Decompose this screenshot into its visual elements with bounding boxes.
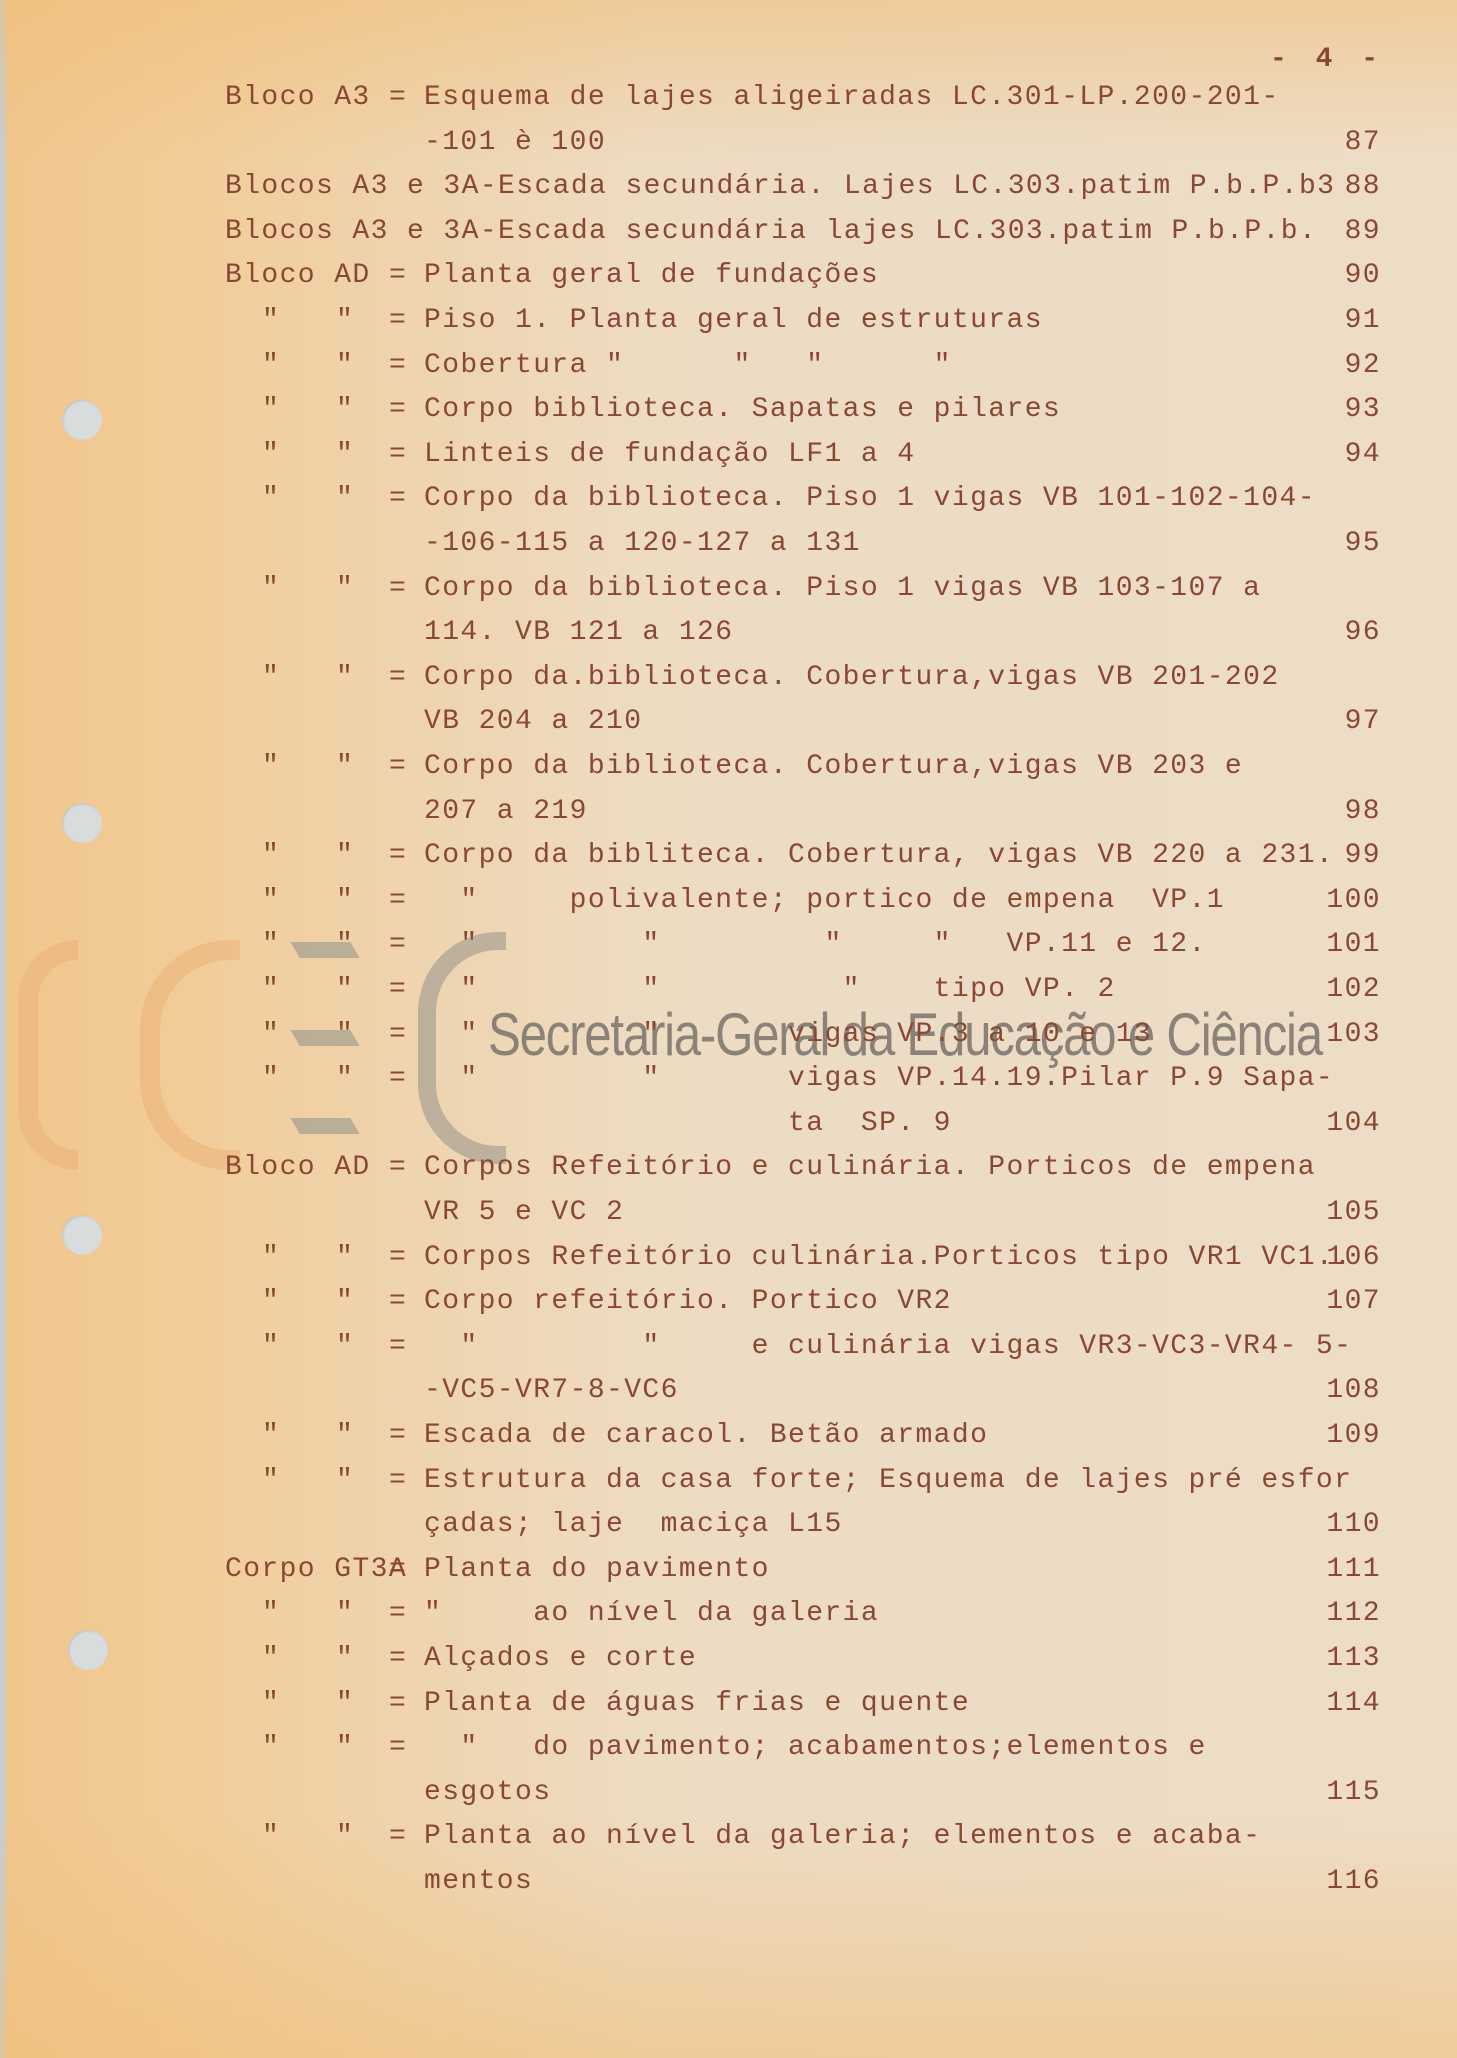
index-entry: ""= " polivalente; portico de empena VP.… — [0, 881, 1457, 921]
ditto-mark: " — [262, 1639, 280, 1679]
entry-description: çadas; laje maciça L15 — [424, 1505, 843, 1545]
index-entry: ""=Piso 1. Planta geral de estruturas91 — [0, 301, 1457, 341]
entry-description: " do pavimento; acabamentos;elementos e — [424, 1728, 1207, 1768]
ditto-mark: " — [336, 1684, 354, 1724]
ditto-mark: " — [336, 970, 354, 1010]
ditto-mark: " — [262, 301, 280, 341]
dot-leader — [1000, 1416, 1315, 1456]
entry-description: Planta de águas frias e quente — [424, 1684, 970, 1724]
dot-leader — [745, 613, 1315, 653]
equals-sign: = — [389, 1282, 407, 1322]
ditto-mark: " — [336, 1461, 354, 1501]
equals-sign: = — [389, 1327, 407, 1367]
index-entry-continuation: esgotos115 — [0, 1773, 1457, 1813]
index-entry-continuation: VR 5 e VC 2105 — [0, 1193, 1457, 1233]
equals-sign: = — [389, 435, 407, 475]
page-reference: 103 — [1326, 1015, 1381, 1055]
entry-description: " " " " VP.11 e 12. — [424, 925, 1207, 965]
index-entry: ""=Estrutura da casa forte; Esquema de l… — [0, 1461, 1457, 1501]
entry-description: Corpo da.biblioteca. Cobertura,vigas VB … — [424, 658, 1280, 698]
entry-description: 114. VB 121 a 126 — [424, 613, 733, 653]
page-reference: 99 — [1345, 836, 1381, 876]
index-entry: ""=Corpo da biblioteca. Piso 1 vigas VB … — [0, 479, 1457, 519]
index-entry-continuation: ta SP. 9104 — [0, 1104, 1457, 1144]
dot-leader — [1219, 925, 1315, 965]
dot-leader — [891, 256, 1315, 296]
index-entry: ""=Cobertura " " " "92 — [0, 346, 1457, 386]
page-reference: 100 — [1326, 881, 1381, 921]
ditto-mark: " — [336, 1728, 354, 1768]
index-entry: Blocos A3 e 3A-Escada secundária lajes L… — [0, 212, 1457, 252]
page-reference: 101 — [1326, 925, 1381, 965]
entry-description: " polivalente; portico de empena VP.1 — [424, 881, 1225, 921]
entry-description: Corpo refeitório. Portico VR2 — [424, 1282, 952, 1322]
entry-description: Piso 1. Planta geral de estruturas — [424, 301, 1043, 341]
index-entry-continuation: -106-115 a 120-127 a 13195 — [0, 524, 1457, 564]
index-entry-continuation: mentos116 — [0, 1862, 1457, 1902]
index-entry: ""=Corpo refeitório. Portico VR2107 — [0, 1282, 1457, 1322]
page-reference: 104 — [1326, 1104, 1381, 1144]
entry-description: Corpo da biblioteca. Piso 1 vigas VB 103… — [424, 569, 1261, 609]
page-reference: 116 — [1326, 1862, 1381, 1902]
dot-leader — [1128, 970, 1315, 1010]
ditto-mark: " — [336, 1059, 354, 1099]
ditto-mark: " — [262, 435, 280, 475]
entry-description: Esquema de lajes aligeiradas LC.301-LP.2… — [424, 78, 1280, 118]
dot-leader — [855, 1505, 1315, 1545]
entry-description: " ao nível da galeria — [424, 1594, 879, 1634]
equals-sign: = — [389, 1639, 407, 1679]
page-reference: 114 — [1326, 1684, 1381, 1724]
index-entry: ""=Corpo da biblioteca. Cobertura,vigas … — [0, 747, 1457, 787]
entry-block-label: Bloco A3 — [225, 78, 371, 118]
page-reference: 91 — [1345, 301, 1381, 341]
equals-sign: = — [389, 1148, 407, 1188]
entry-description: Corpos Refeitório culinária.Porticos tip… — [424, 1238, 1352, 1278]
entry-description: ta SP. 9 — [424, 1104, 952, 1144]
entry-description: esgotos — [424, 1773, 551, 1813]
entry-description: Corpo da bibliteca. Cobertura, vigas VB … — [424, 836, 1334, 876]
entry-description: Cobertura " " " " — [424, 346, 952, 386]
entry-block-label: Bloco AD — [225, 256, 371, 296]
entry-description: Alçados e corte — [424, 1639, 697, 1679]
ditto-mark: " — [262, 1059, 280, 1099]
dot-leader — [654, 702, 1315, 742]
page-reference: 113 — [1326, 1639, 1381, 1679]
page-reference: 109 — [1326, 1416, 1381, 1456]
equals-sign: = — [389, 836, 407, 876]
dot-leader — [1055, 301, 1315, 341]
index-entry: ""=Linteis de fundação LF1 a 494 — [0, 435, 1457, 475]
index-entry: Bloco AD=Corpos Refeitório e culinária. … — [0, 1148, 1457, 1188]
index-entry: Bloco A3=Esquema de lajes aligeiradas LC… — [0, 78, 1457, 118]
equals-sign: = — [389, 1015, 407, 1055]
dot-leader — [982, 1684, 1315, 1724]
ditto-mark: " — [262, 1728, 280, 1768]
index-entry: ""=Escada de caracol. Betão armado109 — [0, 1416, 1457, 1456]
entry-heading: Blocos A3 e 3A-Escada secundária. Lajes … — [225, 167, 1335, 207]
entry-description: -VC5-VR7-8-VC6 — [424, 1371, 679, 1411]
ditto-mark: " — [336, 569, 354, 609]
entry-heading: Blocos A3 e 3A-Escada secundária lajes L… — [225, 212, 1317, 252]
index-entry-continuation: 114. VB 121 a 12696 — [0, 613, 1457, 653]
page-reference: 88 — [1345, 167, 1381, 207]
dot-leader — [964, 346, 1315, 386]
entry-description: VB 204 a 210 — [424, 702, 642, 742]
ditto-mark: " — [262, 658, 280, 698]
ditto-mark: " — [336, 747, 354, 787]
ditto-mark: " — [336, 301, 354, 341]
equals-sign: = — [389, 346, 407, 386]
ditto-mark: " — [262, 1817, 280, 1857]
ditto-mark: " — [336, 881, 354, 921]
entry-description: Corpos Refeitório e culinária. Porticos … — [424, 1148, 1316, 1188]
index-entry-continuation: -101 è 10087 — [0, 123, 1457, 163]
entry-block-label: Bloco AD — [225, 1148, 371, 1188]
ditto-mark: " — [262, 346, 280, 386]
ditto-mark: " — [262, 1684, 280, 1724]
index-entry: Bloco AD=Planta geral de fundações90 — [0, 256, 1457, 296]
index-entry: ""= " do pavimento; acabamentos;elemento… — [0, 1728, 1457, 1768]
index-entry: ""= " " " tipo VP. 2102 — [0, 970, 1457, 1010]
equals-sign: = — [389, 1461, 407, 1501]
dot-leader — [618, 123, 1315, 163]
equals-sign: = — [389, 1594, 407, 1634]
equals-sign: = — [389, 569, 407, 609]
ditto-mark: " — [336, 435, 354, 475]
dot-leader — [964, 1282, 1315, 1322]
page-reference: 107 — [1326, 1282, 1381, 1322]
ditto-mark: " — [262, 1594, 280, 1634]
page-reference: 112 — [1326, 1594, 1381, 1634]
ditto-mark: " — [336, 1327, 354, 1367]
entry-description: " " " tipo VP. 2 — [424, 970, 1116, 1010]
ditto-mark: " — [262, 925, 280, 965]
page-reference: 98 — [1345, 792, 1381, 832]
dot-leader — [891, 1594, 1315, 1634]
ditto-mark: " — [262, 881, 280, 921]
dot-leader — [964, 1104, 1315, 1144]
index-entry: ""=Alçados e corte113 — [0, 1639, 1457, 1679]
document-page: - 4 - Bloco A3=Esquema de lajes aligeira… — [0, 0, 1457, 2058]
ditto-mark: " — [262, 479, 280, 519]
equals-sign: = — [389, 390, 407, 430]
ditto-mark: " — [336, 1639, 354, 1679]
page-reference: 96 — [1345, 613, 1381, 653]
ditto-mark: " — [336, 1817, 354, 1857]
page-reference: 108 — [1326, 1371, 1381, 1411]
index-entry: ""=Corpos Refeitório culinária.Porticos … — [0, 1238, 1457, 1278]
ditto-mark: " — [262, 1015, 280, 1055]
page-number: - 4 - — [1270, 44, 1384, 75]
dot-leader — [563, 1773, 1315, 1813]
page-reference: 87 — [1345, 123, 1381, 163]
equals-sign: = — [389, 1416, 407, 1456]
index-entry: ""=" ao nível da galeria112 — [0, 1594, 1457, 1634]
dot-leader — [1164, 1015, 1315, 1055]
dot-leader — [873, 524, 1315, 564]
ditto-mark: " — [262, 1238, 280, 1278]
entry-description: " " e culinária vigas VR3-VC3-VR4- 5- — [424, 1327, 1352, 1367]
equals-sign: = — [389, 925, 407, 965]
page-reference: 94 — [1345, 435, 1381, 475]
entry-description: " " vigas VP.3 a 10 e 13 — [424, 1015, 1152, 1055]
page-reference: 115 — [1326, 1773, 1381, 1813]
entry-description: Planta geral de fundações — [424, 256, 879, 296]
dot-leader — [1073, 390, 1315, 430]
ditto-mark: " — [262, 1282, 280, 1322]
entry-description: VR 5 e VC 2 — [424, 1193, 624, 1233]
page-reference: 90 — [1345, 256, 1381, 296]
index-entry: Blocos A3 e 3A-Escada secundária. Lajes … — [0, 167, 1457, 207]
entry-description: Planta do pavimento — [424, 1550, 770, 1590]
index-entry-continuation: 207 a 21998 — [0, 792, 1457, 832]
entry-description: Corpo da biblioteca. Cobertura,vigas VB … — [424, 747, 1243, 787]
ditto-mark: " — [262, 1461, 280, 1501]
ditto-mark: " — [336, 1594, 354, 1634]
index-entry: ""=Planta ao nível da galeria; elementos… — [0, 1817, 1457, 1857]
ditto-mark: " — [262, 1416, 280, 1456]
index-entry: ""=Corpo da biblioteca. Piso 1 vigas VB … — [0, 569, 1457, 609]
entry-description: Planta ao nível da galeria; elementos e … — [424, 1817, 1261, 1857]
dot-leader — [545, 1862, 1315, 1902]
index-entry: Corpo GT3A=Planta do pavimento111 — [0, 1550, 1457, 1590]
entry-description: Escada de caracol. Betão armado — [424, 1416, 988, 1456]
dot-leader — [927, 435, 1315, 475]
entry-block-label: Corpo GT3A — [225, 1550, 407, 1590]
entry-description: -101 è 100 — [424, 123, 606, 163]
equals-sign: = — [389, 1684, 407, 1724]
ditto-mark: " — [336, 1015, 354, 1055]
page-reference: 97 — [1345, 702, 1381, 742]
equals-sign: = — [389, 1238, 407, 1278]
ditto-mark: " — [336, 1238, 354, 1278]
page-reference: 89 — [1345, 212, 1381, 252]
ditto-mark: " — [262, 569, 280, 609]
page-reference: 92 — [1345, 346, 1381, 386]
index-entry: ""=Corpo da.biblioteca. Cobertura,vigas … — [0, 658, 1457, 698]
entry-description: -106-115 a 120-127 a 131 — [424, 524, 861, 564]
ditto-mark: " — [336, 1282, 354, 1322]
equals-sign: = — [389, 301, 407, 341]
dot-leader — [709, 1639, 1315, 1679]
dot-leader — [691, 1371, 1315, 1411]
ditto-mark: " — [336, 390, 354, 430]
page-reference: 93 — [1345, 390, 1381, 430]
page-reference: 106 — [1326, 1238, 1381, 1278]
equals-sign: = — [389, 1817, 407, 1857]
entry-description: " " vigas VP.14.19.Pilar P.9 Sapa- — [424, 1059, 1334, 1099]
equals-sign: = — [389, 970, 407, 1010]
entry-description: Corpo da biblioteca. Piso 1 vigas VB 101… — [424, 479, 1316, 519]
entry-description: mentos — [424, 1862, 533, 1902]
ditto-mark: " — [336, 479, 354, 519]
dot-leader — [1237, 881, 1315, 921]
index-entry: ""= " " vigas VP.14.19.Pilar P.9 Sapa- — [0, 1059, 1457, 1099]
equals-sign: = — [389, 256, 407, 296]
ditto-mark: " — [336, 1416, 354, 1456]
equals-sign: = — [389, 658, 407, 698]
entry-description: Estrutura da casa forte; Esquema de laje… — [424, 1461, 1352, 1501]
index-entry: ""= " " vigas VP.3 a 10 e 13103 — [0, 1015, 1457, 1055]
entry-description: Corpo biblioteca. Sapatas e pilares — [424, 390, 1061, 430]
page-reference: 95 — [1345, 524, 1381, 564]
ditto-mark: " — [336, 658, 354, 698]
equals-sign: = — [389, 881, 407, 921]
ditto-mark: " — [262, 390, 280, 430]
ditto-mark: " — [262, 970, 280, 1010]
index-entry: ""=Corpo da bibliteca. Cobertura, vigas … — [0, 836, 1457, 876]
equals-sign: = — [389, 747, 407, 787]
equals-sign: = — [389, 78, 407, 118]
index-entry-continuation: -VC5-VR7-8-VC6108 — [0, 1371, 1457, 1411]
equals-sign: = — [389, 1059, 407, 1099]
index-entry: ""= " " e culinária vigas VR3-VC3-VR4- 5… — [0, 1327, 1457, 1367]
page-reference: 102 — [1326, 970, 1381, 1010]
ditto-mark: " — [262, 747, 280, 787]
entry-description: 207 a 219 — [424, 792, 588, 832]
index-entry-continuation: VB 204 a 21097 — [0, 702, 1457, 742]
ditto-mark: " — [336, 836, 354, 876]
equals-sign: = — [389, 1728, 407, 1768]
ditto-mark: " — [262, 1327, 280, 1367]
dot-leader — [600, 792, 1315, 832]
page-reference: 111 — [1326, 1550, 1381, 1590]
index-entry: ""=Corpo biblioteca. Sapatas e pilares93 — [0, 390, 1457, 430]
entry-description: Linteis de fundação LF1 a 4 — [424, 435, 915, 475]
index-entry: ""= " " " " VP.11 e 12.101 — [0, 925, 1457, 965]
page-reference: 110 — [1326, 1505, 1381, 1545]
index-entry-continuation: çadas; laje maciça L15110 — [0, 1505, 1457, 1545]
equals-sign: = — [389, 1550, 407, 1590]
dot-leader — [782, 1550, 1315, 1590]
equals-sign: = — [389, 479, 407, 519]
ditto-mark: " — [336, 925, 354, 965]
page-reference: 105 — [1326, 1193, 1381, 1233]
ditto-mark: " — [336, 346, 354, 386]
ditto-mark: " — [262, 836, 280, 876]
index-entry: ""=Planta de águas frias e quente114 — [0, 1684, 1457, 1724]
dot-leader — [636, 1193, 1315, 1233]
